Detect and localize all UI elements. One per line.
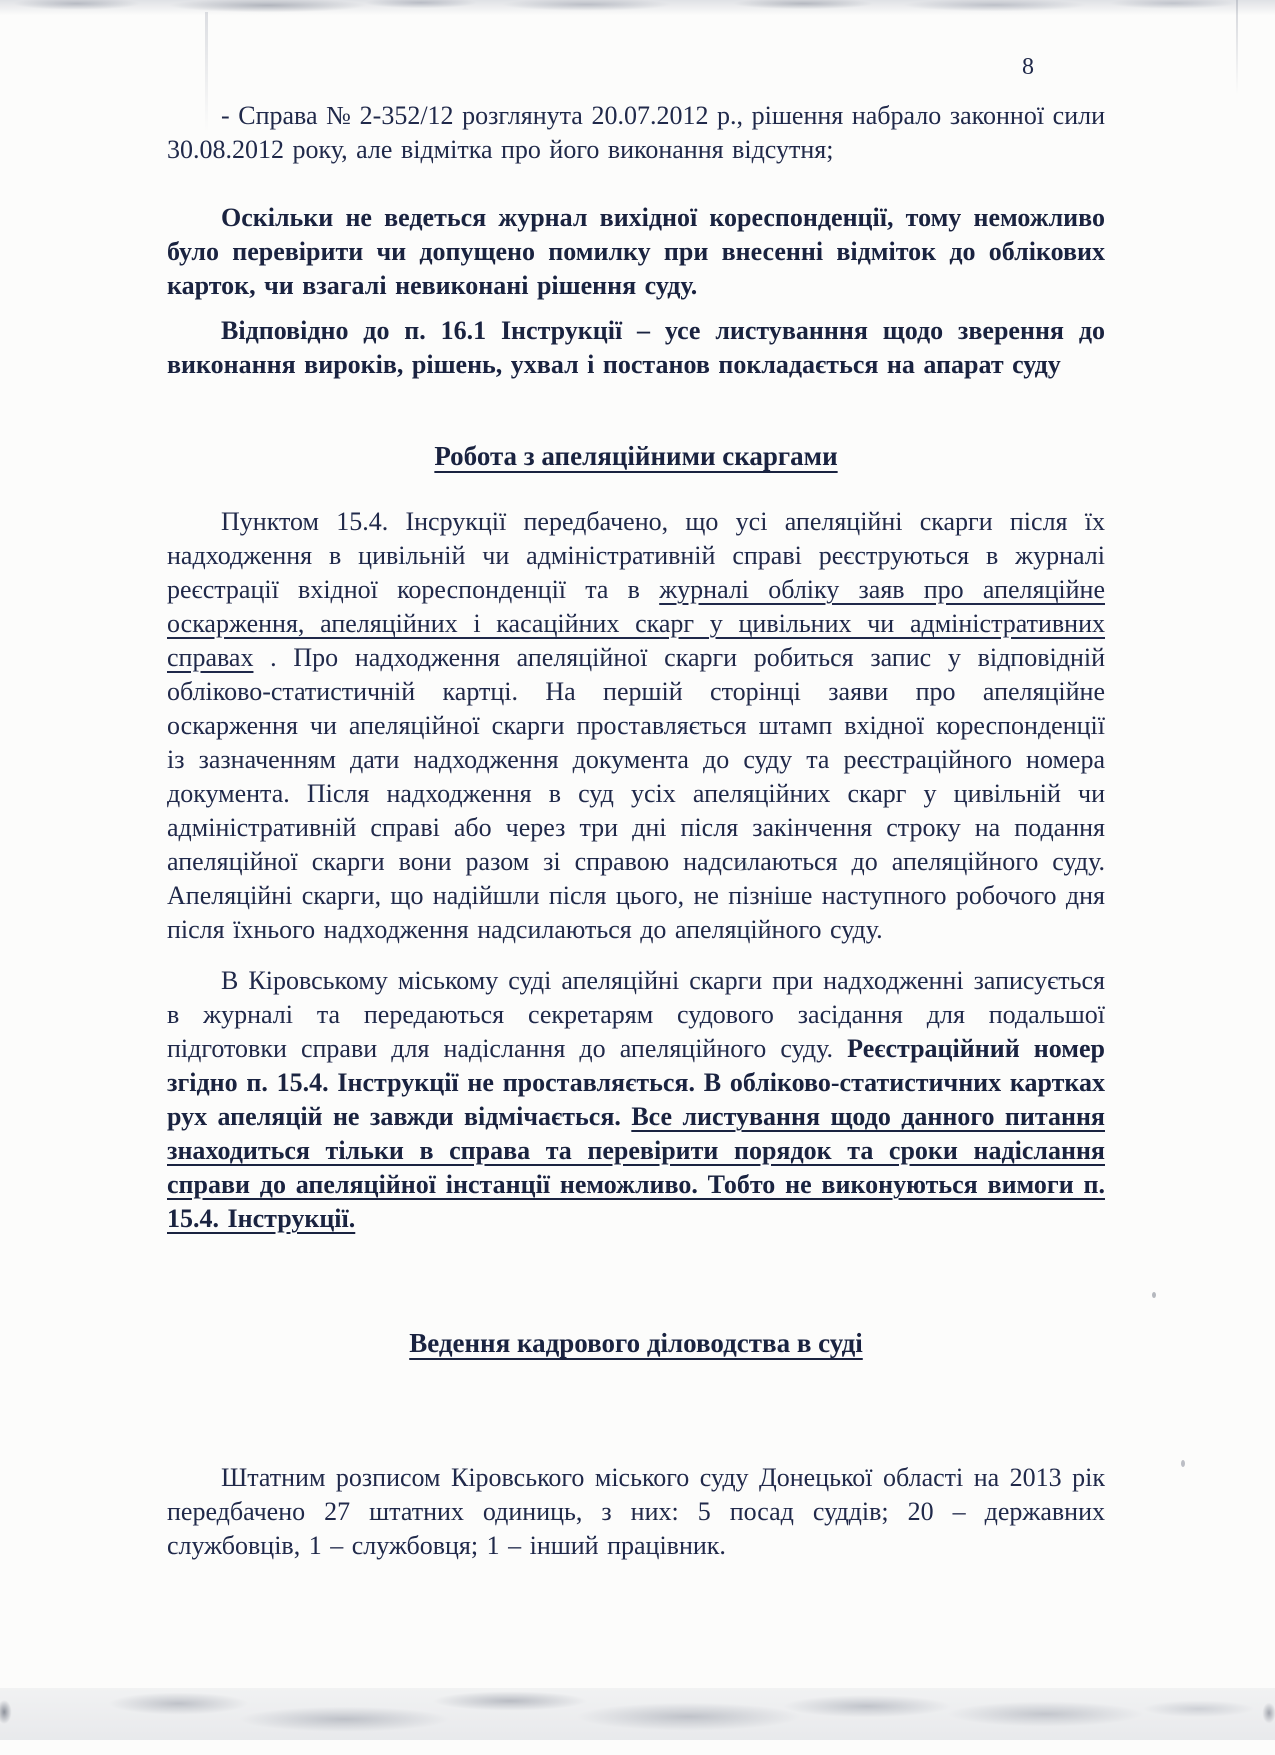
heading-hr-records: Ведення кадрового діловодства в суді (167, 1326, 1105, 1360)
paragraph-instruction-16-1: Відповідно до п. 16.1 Інструкції – усе л… (167, 314, 1105, 382)
scan-artifact-top-edge (0, 0, 1275, 18)
paragraph-appeals-procedure: Пунктом 15.4. Інсрукції передбачено, що … (167, 505, 1105, 947)
scan-speck (1181, 1460, 1185, 1467)
paragraph-case-decision: - Справа № 2-352/12 розглянута 20.07.201… (167, 99, 1105, 167)
paragraph-staffing: Штатним розписом Кіровського міського су… (167, 1461, 1105, 1563)
appeals-text-run-2: . Про надходження апеляційної скарги роб… (167, 643, 1105, 944)
document-body: - Справа № 2-352/12 розглянута 20.07.201… (167, 99, 1105, 1563)
paragraph-no-outgoing-journal: Оскільки не ведеться журнал вихідної кор… (167, 201, 1105, 303)
scanned-document-page: 8 - Справа № 2-352/12 розглянута 20.07.2… (0, 0, 1275, 1755)
heading-appeals-work: Робота з апеляційними скаргами (167, 439, 1105, 473)
scan-speck (1152, 1292, 1156, 1298)
scan-artifact-bottom-edge (0, 1688, 1275, 1740)
scan-artifact-right-edge (1236, 0, 1238, 95)
scan-artifact-bottom-left-mark (0, 1695, 14, 1729)
scan-artifact-bottom-right-mark (1260, 1698, 1275, 1728)
page-number: 8 (1022, 54, 1034, 81)
paragraph-kirovsky-court: В Кіровському міському суді апеляційні с… (167, 964, 1105, 1236)
